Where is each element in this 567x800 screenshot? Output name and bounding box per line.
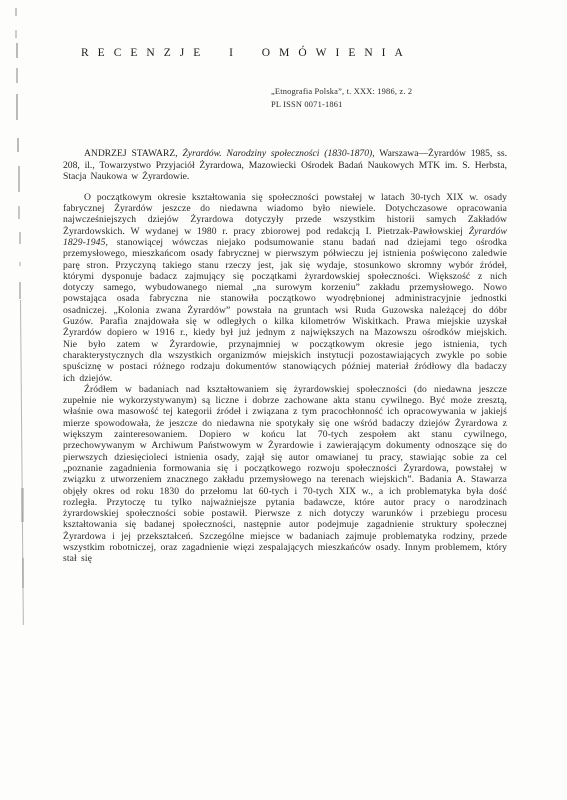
bibliography-book-title: Żyrardów. Narodziny społeczności (1830-1… (182, 148, 374, 159)
scan-artifact-dash (18, 166, 20, 192)
scan-artifact-dash (15, 30, 17, 38)
journal-citation-volume: „Etnografia Polska”, t. XXX: 1986, z. 2 (271, 86, 507, 99)
journal-citation: „Etnografia Polska”, t. XXX: 1986, z. 2 … (271, 86, 507, 111)
scan-artifact-dash (16, 43, 18, 58)
scan-artifact-dash (17, 138, 19, 152)
scanned-journal-page: RECENZJE I OMÓWIENIA „Etnografia Polska”… (0, 0, 567, 800)
scan-artifact-dash (22, 558, 24, 588)
scan-artifact-dash (16, 94, 18, 120)
scan-artifact-dash (19, 262, 21, 266)
review-paragraph-2: Źródłem w badaniach nad kształtowaniem s… (63, 384, 507, 565)
bibliographic-entry: ANDRZEJ STAWARZ, Żyrardów. Narodziny spo… (63, 148, 507, 183)
scan-artifact-dash (21, 488, 24, 522)
scan-artifact-dash (19, 232, 21, 244)
scan-artifact-dash (18, 206, 20, 219)
review-paragraph-1: O początkowym okresie kształtowania się … (63, 192, 507, 384)
text-block: RECENZJE I OMÓWIENIA „Etnografia Polska”… (63, 0, 507, 565)
scan-artifact-dash (15, 8, 17, 16)
bibliography-author: ANDRZEJ STAWARZ, (84, 148, 182, 159)
scan-artifact-dash (16, 68, 18, 83)
paragraph1-text-b: stanowiącej wówczas niejako podsumowanie… (63, 237, 507, 384)
paragraph1-text-a: O początkowym okresie kształtowania się … (63, 192, 507, 237)
journal-citation-issn: PL ISSN 0071-1861 (271, 99, 507, 112)
section-header: RECENZJE I OMÓWIENIA (81, 47, 507, 59)
scan-artifact-dash (19, 282, 21, 299)
